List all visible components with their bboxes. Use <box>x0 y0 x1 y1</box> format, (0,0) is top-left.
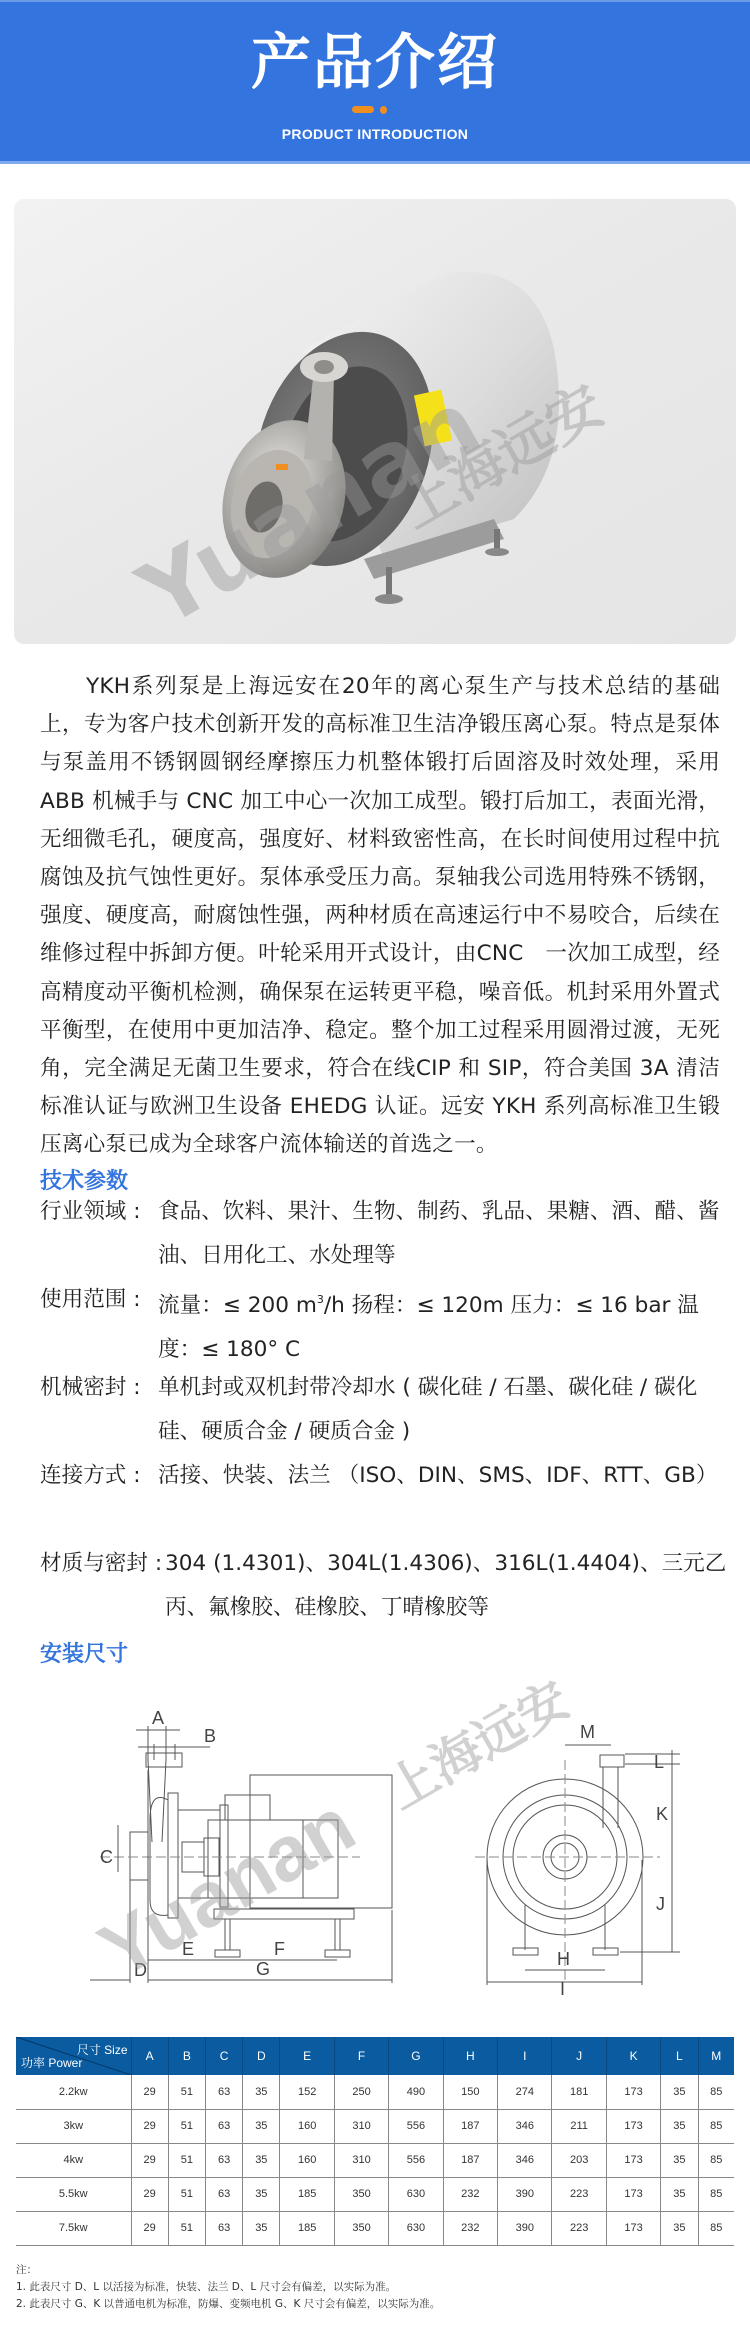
table-cell: 85 <box>698 2109 734 2143</box>
dim-label-M: M <box>580 1722 595 1742</box>
table-row: 7.5kw 29 51 63 35 185 350 630 232 390 22… <box>16 2211 734 2245</box>
table-cell: 63 <box>205 2109 242 2143</box>
table-cell: 274 <box>498 2075 552 2109</box>
table-cell: 223 <box>552 2211 606 2245</box>
table-row: 4kw 29 51 63 35 160 310 556 187 346 203 … <box>16 2143 734 2177</box>
table-row: 5.5kw 29 51 63 35 185 350 630 232 390 22… <box>16 2177 734 2211</box>
watermark-brand: Yuanan <box>85 1780 369 1995</box>
spec-value: 304 (1.4301)、304L(1.4306)、316L(1.4404)、三… <box>165 1542 728 1630</box>
table-cell: 232 <box>443 2211 497 2245</box>
dim-label-L: L <box>654 1752 664 1772</box>
spec-label: 连接方式 : <box>40 1454 141 1498</box>
table-cell: 51 <box>168 2143 205 2177</box>
table-cell: 150 <box>443 2075 497 2109</box>
table-cell: 35 <box>243 2075 280 2109</box>
dim-label-K: K <box>656 1804 668 1824</box>
table-cell: 350 <box>334 2211 388 2245</box>
column-header-D: D <box>243 2037 280 2075</box>
corner-power-label: 功率 Power <box>21 2054 82 2071</box>
dimension-table: 尺寸 Size 功率 Power A B C D E F G H I J K L… <box>16 2037 734 2246</box>
spec-value: 食品、饮料、果汁、生物、制药、乳品、果糖、酒、醋、酱油、日用化工、水处理等 <box>158 1190 728 1278</box>
spec-value-flow: 流量：≤ 200 m <box>158 1293 317 1318</box>
spec-row-range: 使用范围 : 流量：≤ 200 m3/h 扬程：≤ 120m 压力：≤ 16 b… <box>40 1278 730 1366</box>
table-cell: 63 <box>205 2143 242 2177</box>
table-cell: 556 <box>389 2143 443 2177</box>
column-header-E: E <box>280 2037 334 2075</box>
table-cell: 181 <box>552 2075 606 2109</box>
dim-label-A: A <box>152 1708 164 1728</box>
page-subtitle: PRODUCT INTRODUCTION <box>0 126 750 142</box>
table-cell: 29 <box>131 2143 168 2177</box>
table-cell: 173 <box>606 2143 660 2177</box>
table-cell: 29 <box>131 2109 168 2143</box>
column-header-I: I <box>498 2037 552 2075</box>
spec-value: 流量：≤ 200 m3/h 扬程：≤ 120m 压力：≤ 16 bar 温度：≤… <box>158 1278 728 1372</box>
dim-label-F: F <box>274 1939 285 1959</box>
dim-label-H: H <box>557 1949 570 1969</box>
spec-value-sup: 3 <box>317 1293 324 1306</box>
power-cell: 7.5kw <box>16 2211 131 2245</box>
column-header-A: A <box>131 2037 168 2075</box>
table-cell: 346 <box>498 2143 552 2177</box>
spec-row-industry: 行业领域 : 食品、饮料、果汁、生物、制药、乳品、果糖、酒、醋、酱油、日用化工、… <box>40 1190 730 1278</box>
table-cell: 173 <box>606 2211 660 2245</box>
accent-bar <box>352 106 374 113</box>
table-cell: 390 <box>498 2177 552 2211</box>
table-cell: 29 <box>131 2177 168 2211</box>
table-cell: 203 <box>552 2143 606 2177</box>
table-cell: 29 <box>131 2211 168 2245</box>
table-cell: 152 <box>280 2075 334 2109</box>
spec-row-connection: 连接方式 : 活接、快装、法兰 （ISO、DIN、SMS、IDF、RTT、GB） <box>40 1454 730 1542</box>
table-cell: 310 <box>334 2109 388 2143</box>
table-cell: 160 <box>280 2143 334 2177</box>
table-cell: 35 <box>661 2177 698 2211</box>
table-cell: 173 <box>606 2075 660 2109</box>
dim-label-C: C <box>100 1847 113 1867</box>
table-cell: 29 <box>131 2075 168 2109</box>
table-cell: 250 <box>334 2075 388 2109</box>
table-corner-header: 尺寸 Size 功率 Power <box>16 2037 131 2075</box>
header-banner: 产品介绍 PRODUCT INTRODUCTION <box>0 0 750 164</box>
dim-label-B: B <box>204 1726 216 1746</box>
spec-label: 使用范围 : <box>40 1278 141 1322</box>
column-header-J: J <box>552 2037 606 2075</box>
column-header-K: K <box>606 2037 660 2075</box>
column-header-F: F <box>334 2037 388 2075</box>
dim-label-G: G <box>256 1959 270 1979</box>
accent-dot <box>380 106 387 114</box>
table-cell: 35 <box>243 2177 280 2211</box>
column-header-L: L <box>661 2037 698 2075</box>
table-cell: 63 <box>205 2177 242 2211</box>
installation-diagram: A B C D E F G M L K J H <box>60 1660 690 2005</box>
table-cell: 51 <box>168 2211 205 2245</box>
title-accent-divider <box>352 106 388 114</box>
power-cell: 4kw <box>16 2143 131 2177</box>
table-cell: 35 <box>243 2211 280 2245</box>
table-cell: 232 <box>443 2177 497 2211</box>
dim-label-I: I <box>560 1979 565 1999</box>
table-cell: 223 <box>552 2177 606 2211</box>
table-cell: 350 <box>334 2177 388 2211</box>
table-notes: 注： 1. 此表尺寸 D、L 以活接为标准，快装、法兰 D、L 尺寸会有偏差，以… <box>16 2262 440 2313</box>
table-cell: 187 <box>443 2143 497 2177</box>
table-cell: 35 <box>661 2143 698 2177</box>
table-cell: 35 <box>661 2109 698 2143</box>
column-header-G: G <box>389 2037 443 2075</box>
spec-value: 活接、快装、法兰 （ISO、DIN、SMS、IDF、RTT、GB） <box>158 1454 728 1498</box>
page-title: 产品介绍 <box>0 28 750 98</box>
spec-row-seal: 机械密封 : 单机封或双机封带冷却水 ( 碳化硅 / 石墨、碳化硅 / 碳化硅、… <box>40 1366 730 1454</box>
corner-size-label: 尺寸 Size <box>77 2041 128 2058</box>
spec-value: 单机封或双机封带冷却水 ( 碳化硅 / 石墨、碳化硅 / 碳化硅、硬质合金 / … <box>158 1366 728 1454</box>
spec-label: 机械密封 : <box>40 1366 141 1410</box>
table-cell: 35 <box>243 2109 280 2143</box>
spec-label: 行业领域 : <box>40 1190 141 1234</box>
table-row: 2.2kw 29 51 63 35 152 250 490 150 274 18… <box>16 2075 734 2109</box>
table-cell: 160 <box>280 2109 334 2143</box>
column-header-B: B <box>168 2037 205 2075</box>
table-cell: 185 <box>280 2177 334 2211</box>
column-header-C: C <box>205 2037 242 2075</box>
table-cell: 85 <box>698 2211 734 2245</box>
table-cell: 390 <box>498 2211 552 2245</box>
table-cell: 85 <box>698 2143 734 2177</box>
spec-row-material: 材质与密封 : 304 (1.4301)、304L(1.4306)、316L(1… <box>40 1542 730 1630</box>
table-cell: 346 <box>498 2109 552 2143</box>
power-cell: 5.5kw <box>16 2177 131 2211</box>
table-cell: 310 <box>334 2143 388 2177</box>
power-cell: 2.2kw <box>16 2075 131 2109</box>
column-header-H: H <box>443 2037 497 2075</box>
table-cell: 63 <box>205 2075 242 2109</box>
table-cell: 630 <box>389 2211 443 2245</box>
table-cell: 85 <box>698 2075 734 2109</box>
table-row: 3kw 29 51 63 35 160 310 556 187 346 211 … <box>16 2109 734 2143</box>
table-cell: 51 <box>168 2109 205 2143</box>
table-cell: 211 <box>552 2109 606 2143</box>
table-cell: 35 <box>661 2211 698 2245</box>
power-cell: 3kw <box>16 2109 131 2143</box>
spec-label: 材质与密封 : <box>40 1542 162 1586</box>
table-cell: 187 <box>443 2109 497 2143</box>
product-description: YKH系列泵是上海远安在20年的离心泵生产与技术总结的基础上，专为客户技术创新开… <box>40 668 720 1165</box>
table-cell: 51 <box>168 2075 205 2109</box>
column-header-M: M <box>698 2037 734 2075</box>
table-cell: 173 <box>606 2109 660 2143</box>
table-cell: 185 <box>280 2211 334 2245</box>
table-cell: 556 <box>389 2109 443 2143</box>
table-cell: 490 <box>389 2075 443 2109</box>
table-cell: 35 <box>243 2143 280 2177</box>
table-cell: 85 <box>698 2177 734 2211</box>
notes-heading: 注： <box>16 2262 440 2279</box>
table-cell: 173 <box>606 2177 660 2211</box>
table-cell: 630 <box>389 2177 443 2211</box>
note-line-1: 1. 此表尺寸 D、L 以活接为标准，快装、法兰 D、L 尺寸会有偏差，以实际为… <box>16 2279 440 2296</box>
table-cell: 35 <box>661 2075 698 2109</box>
pump-illustration: Yuanan 上海远安 <box>14 199 736 644</box>
product-photo: Yuanan 上海远安 <box>14 199 736 644</box>
dim-label-J: J <box>656 1894 665 1914</box>
table-cell: 63 <box>205 2211 242 2245</box>
table-cell: 51 <box>168 2177 205 2211</box>
note-line-2: 2. 此表尺寸 G、K 以普通电机为标准，防爆、变频电机 G、K 尺寸会有偏差，… <box>16 2296 440 2313</box>
table-header-row: 尺寸 Size 功率 Power A B C D E F G H I J K L… <box>16 2037 734 2075</box>
